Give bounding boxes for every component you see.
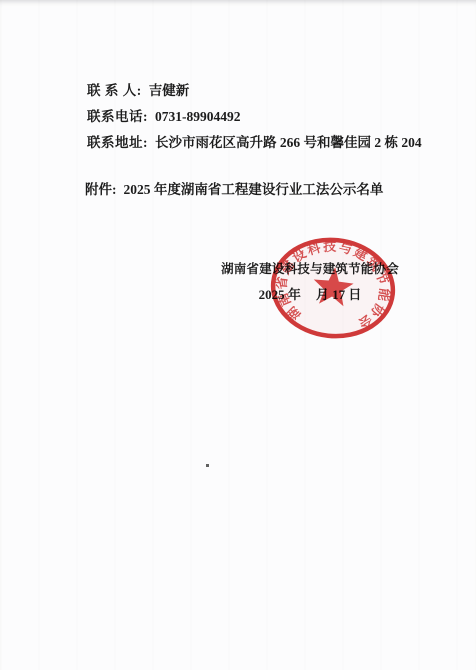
attachment-title: 2025 年度湖南省工程建设行业工法公示名单	[124, 182, 384, 197]
scan-speck	[206, 464, 209, 467]
contact-address-label: 联系地址:	[87, 135, 148, 150]
contact-person-label: 联 系 人:	[87, 83, 142, 98]
contact-person-value: 吉健新	[149, 83, 190, 98]
contact-address-line: 联系地址:长沙市雨花区高升路 266 号和馨佳园 2 栋 204	[87, 130, 422, 156]
attachment-line: 附件:2025 年度湖南省工程建设行业工法公示名单	[85, 177, 383, 203]
contact-person-line: 联 系 人:吉健新	[87, 78, 422, 104]
official-seal: 湖南省建设科技与建筑节能协会	[258, 225, 409, 351]
contact-phone-value: 0731-89904492	[155, 109, 241, 124]
document-page: 联 系 人:吉健新 联系电话:0731-89904492 联系地址:长沙市雨花区…	[0, 0, 476, 670]
contact-phone-label: 联系电话:	[87, 109, 148, 124]
contact-block: 联 系 人:吉健新 联系电话:0731-89904492 联系地址:长沙市雨花区…	[87, 78, 422, 156]
attachment-label: 附件:	[85, 182, 117, 197]
contact-phone-line: 联系电话:0731-89904492	[87, 104, 422, 130]
contact-address-value: 长沙市雨花区高升路 266 号和馨佳园 2 栋 204	[155, 135, 422, 150]
